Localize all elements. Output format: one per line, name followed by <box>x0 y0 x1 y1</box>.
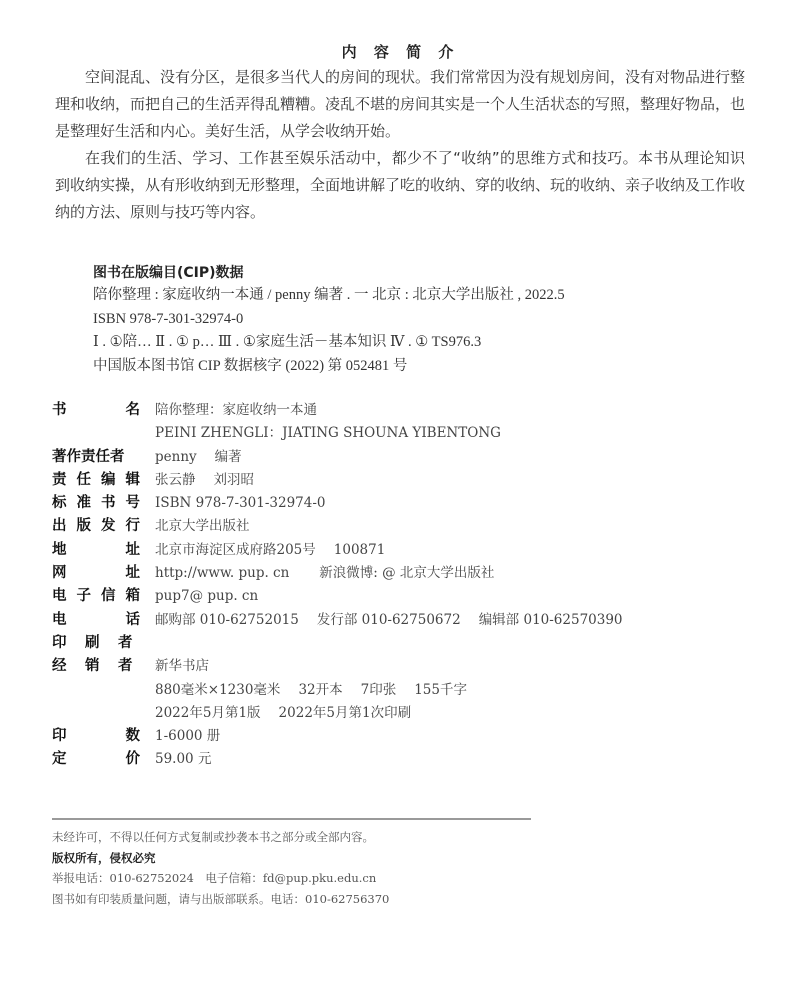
website-url: http://www. pup. cn <box>155 565 289 581</box>
phone-mail-order: 邮购部 010-62752015 <box>155 612 299 628</box>
cip-heading: 图书在版编目(CIP)数据 <box>93 262 753 284</box>
info-label: 电 子 信 箱 <box>52 585 140 608</box>
website-value: http://www. pup. cn新浪微博: @ 北京大学出版社 <box>155 562 494 585</box>
street-address: 北京市海淀区成府路205号 <box>155 542 316 558</box>
info-label: 经 销 者 <box>52 655 140 678</box>
isbn-value: ISBN 978-7-301-32974-0 <box>155 492 326 515</box>
author-role: 编著 <box>215 449 242 465</box>
info-row-specs: 880毫米×1230毫米32开本7印张155千字 <box>52 679 772 702</box>
quality-contact: 图书如有印装质量问题，请与出版部联系。电话：010-62756370 <box>52 889 612 910</box>
email-value: pup7@ pup. cn <box>155 585 258 608</box>
publication-info: 书 名 陪你整理：家庭收纳一本通 PEINI ZHENGLI：JIATING S… <box>52 399 772 772</box>
weibo-handle: 新浪微博: @ 北京大学出版社 <box>319 565 494 581</box>
print-sheets: 7印张 <box>361 682 397 698</box>
info-label: 定 价 <box>52 748 140 771</box>
intro-paragraph: 在我们的生活、学习、工作甚至娱乐活动中，都少不了“收纳”的思维方式和技巧。本书从… <box>55 145 745 226</box>
book-name-en-value: PEINI ZHENGLI：JIATING SHOUNA YIBENTONG <box>155 422 501 445</box>
author-value: penny编著 <box>155 446 242 469</box>
info-label: 出 版 发 行 <box>52 515 140 538</box>
cip-section: 图书在版编目(CIP)数据 陪你整理 : 家庭收纳一本通 / penny 编著 … <box>93 262 753 378</box>
intro-paragraph: 空间混乱、没有分区，是很多当代人的房间的现状。我们常常因为没有规划房间，没有对物… <box>55 64 745 145</box>
info-row-publisher: 出 版 发 行 北京大学出版社 <box>52 515 772 538</box>
info-row-edition: 2022年5月第1版2022年5月第1次印刷 <box>52 702 772 725</box>
phone-editorial: 编辑部 010-62570390 <box>479 612 623 628</box>
price-value: 59.00 元 <box>155 748 211 771</box>
info-label: 书 名 <box>52 399 140 422</box>
rights-reserved: 版权所有，侵权必究 <box>52 848 612 869</box>
info-row-book-name: 书 名 陪你整理：家庭收纳一本通 <box>52 399 772 422</box>
info-row-isbn: 标 准 书 号 ISBN 978-7-301-32974-0 <box>52 492 772 515</box>
info-row-phone: 电 话 邮购部 010-62752015发行部 010-62750672编辑部 … <box>52 609 772 632</box>
info-row-editor: 责 任 编 辑 张云静刘羽昭 <box>52 469 772 492</box>
author-name: penny <box>155 449 197 465</box>
divider <box>52 818 531 820</box>
info-label: 著作责任者 <box>52 446 140 469</box>
distributor-value: 新华书店 <box>155 655 209 678</box>
info-row-price: 定 价 59.00 元 <box>52 748 772 771</box>
book-format: 32开本 <box>298 682 342 698</box>
info-row-printer: 印 刷 者 <box>52 632 772 655</box>
info-row-print-run: 印 数 1-6000 册 <box>52 725 772 748</box>
cip-classification-line: Ⅰ . ①陪… Ⅱ . ① p… Ⅲ . ①家庭生活－基本知识 Ⅳ . ① TS… <box>93 331 753 355</box>
copyright-notice: 未经许可，不得以任何方式复制或抄袭本书之部分或全部内容。 <box>52 827 612 848</box>
phone-distribution: 发行部 010-62750672 <box>317 612 461 628</box>
specs-value: 880毫米×1230毫米32开本7印张155千字 <box>155 679 467 702</box>
info-label: 标 准 书 号 <box>52 492 140 515</box>
info-label: 责 任 编 辑 <box>52 469 140 492</box>
info-row-address: 地 址 北京市海淀区成府路205号100871 <box>52 539 772 562</box>
edition: 2022年5月第1版 <box>155 705 261 721</box>
cip-title-line: 陪你整理 : 家庭收纳一本通 / penny 编著 . 一 北京 : 北京大学出… <box>93 284 753 308</box>
copyright-footer: 未经许可，不得以任何方式复制或抄袭本书之部分或全部内容。 版权所有，侵权必究 举… <box>52 827 612 909</box>
cip-record-line: 中国版本图书馆 CIP 数据核字 (2022) 第 052481 号 <box>93 355 753 379</box>
info-label: 印 刷 者 <box>52 632 140 655</box>
info-label: 地 址 <box>52 539 140 562</box>
info-row-distributor: 经 销 者 新华书店 <box>52 655 772 678</box>
info-row-website: 网 址 http://www. pup. cn新浪微博: @ 北京大学出版社 <box>52 562 772 585</box>
postcode: 100871 <box>334 542 386 558</box>
publisher-value: 北京大学出版社 <box>155 515 250 538</box>
book-name-value: 陪你整理：家庭收纳一本通 <box>155 399 317 422</box>
phone-value: 邮购部 010-62752015发行部 010-62750672编辑部 010-… <box>155 609 623 632</box>
print-run-value: 1-6000 册 <box>155 725 220 748</box>
info-label: 网 址 <box>52 562 140 585</box>
printing: 2022年5月第1次印刷 <box>279 705 412 721</box>
editor-name: 张云静 <box>155 472 196 488</box>
editor-value: 张云静刘羽昭 <box>155 469 254 492</box>
info-label: 电 话 <box>52 609 140 632</box>
cip-isbn-line: ISBN 978-7-301-32974-0 <box>93 308 753 332</box>
info-row-author: 著作责任者 penny编著 <box>52 446 772 469</box>
info-label: 印 数 <box>52 725 140 748</box>
word-count: 155千字 <box>414 682 467 698</box>
address-value: 北京市海淀区成府路205号100871 <box>155 539 385 562</box>
intro-section: 空间混乱、没有分区，是很多当代人的房间的现状。我们常常因为没有规划房间，没有对物… <box>55 64 745 226</box>
editor-name: 刘羽昭 <box>214 472 255 488</box>
paper-size: 880毫米×1230毫米 <box>155 682 280 698</box>
page-title: 内 容 简 介 <box>0 41 801 62</box>
edition-value: 2022年5月第1版2022年5月第1次印刷 <box>155 702 411 725</box>
report-contact: 举报电话：010-62752024 电子信箱：fd@pup.pku.edu.cn <box>52 868 612 889</box>
info-row-email: 电 子 信 箱 pup7@ pup. cn <box>52 585 772 608</box>
info-row-book-name-en: PEINI ZHENGLI：JIATING SHOUNA YIBENTONG <box>52 422 772 445</box>
